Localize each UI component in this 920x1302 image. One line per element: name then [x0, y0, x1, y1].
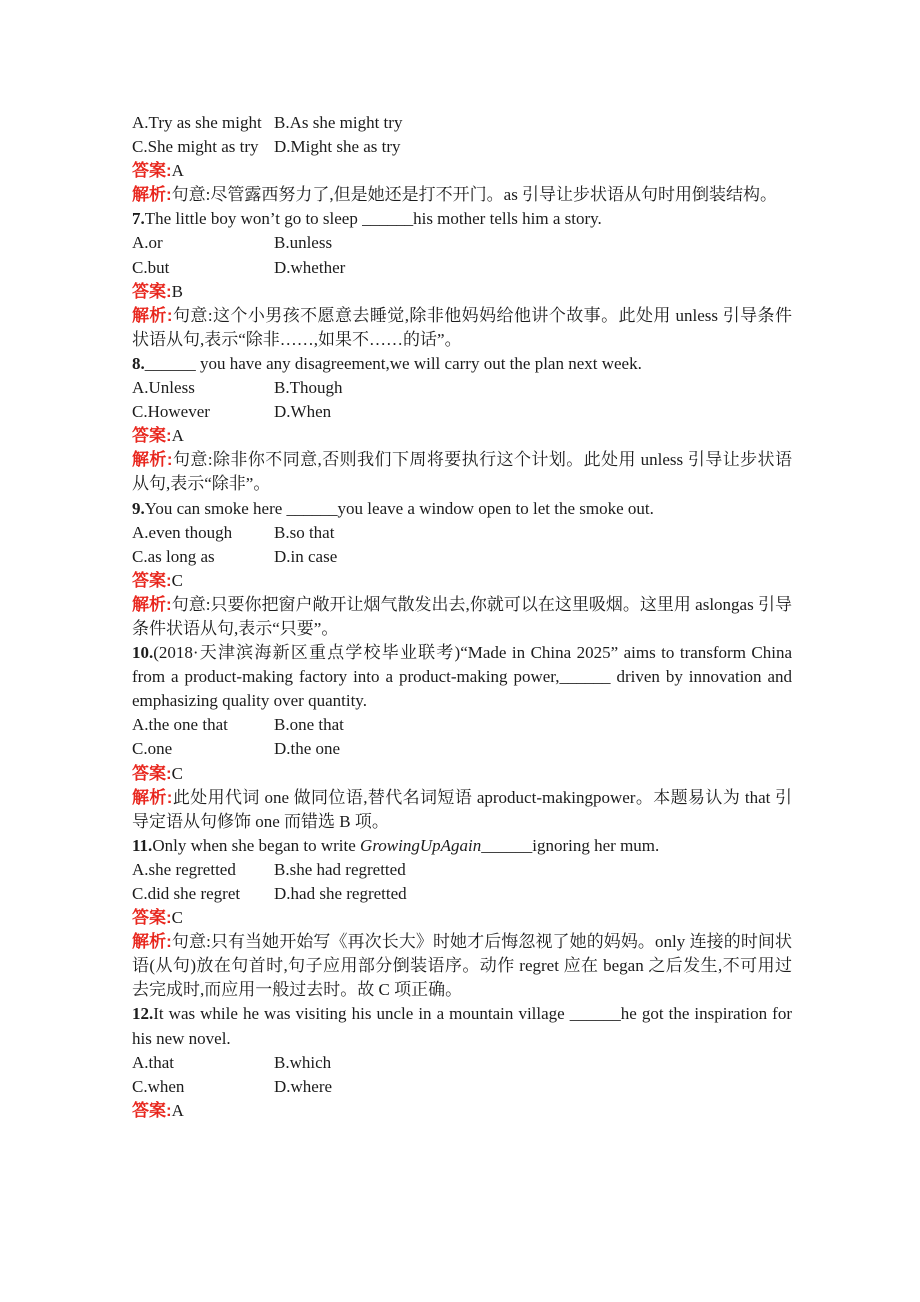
options-row: A.UnlessB.Though — [132, 376, 792, 400]
stem-text: You can smoke here ______you leave a win… — [145, 499, 654, 518]
analysis-text: 此处用代词 one 做同位语,替代名词短语 aproduct-makingpow… — [132, 788, 792, 831]
options-row: C.butD.whether — [132, 256, 792, 280]
analysis-line: 解析:句意:除非你不同意,否则我们下周将要执行这个计划。此处用 unless 引… — [132, 448, 792, 496]
option-c: C.but — [132, 256, 274, 280]
analysis-line: 解析:句意:尽管露西努力了,但是她还是打不开门。as 引导让步状语从句时用倒装结… — [132, 183, 792, 207]
question-stem: 10.(2018·天津滨海新区重点学校毕业联考)“Made in China 2… — [132, 641, 792, 713]
option-d: D.the one — [274, 737, 416, 761]
stem-text: ______ you have any disagreement,we will… — [145, 354, 642, 373]
question-block: 9.You can smoke here ______you leave a w… — [132, 497, 792, 642]
option-c: C.one — [132, 737, 274, 761]
question-block: 7.The little boy won’t go to sleep _____… — [132, 207, 792, 352]
option-a: A.even though — [132, 521, 274, 545]
answer-line: 答案:C — [132, 906, 792, 930]
analysis-label: 解析: — [132, 185, 172, 204]
options-row: C.She might as tryD.Might she as try — [132, 135, 792, 159]
answer-value: A — [172, 161, 184, 180]
stem-text: It was while he was visiting his uncle i… — [132, 1004, 792, 1047]
option-c: C.did she regret — [132, 882, 274, 906]
question-number: 12. — [132, 1004, 153, 1023]
option-a: A.the one that — [132, 713, 274, 737]
answer-value: A — [172, 1101, 184, 1120]
question-block: 11.Only when she began to write GrowingU… — [132, 834, 792, 1003]
option-d: D.When — [274, 400, 416, 424]
answer-label: 答案: — [132, 571, 172, 590]
stem-text: The little boy won’t go to sleep ______h… — [145, 209, 602, 228]
answer-label: 答案: — [132, 764, 172, 783]
options-row: A.thatB.which — [132, 1051, 792, 1075]
option-c: C.when — [132, 1075, 274, 1099]
answer-line: 答案:C — [132, 569, 792, 593]
option-c: C.She might as try — [132, 135, 274, 159]
option-c: C.However — [132, 400, 274, 424]
answer-value: C — [172, 764, 183, 783]
analysis-line: 解析:句意:这个小男孩不愿意去睡觉,除非他妈妈给他讲个故事。此处用 unless… — [132, 304, 792, 352]
option-a: A.she regretted — [132, 858, 274, 882]
analysis-line: 解析:句意:只有当她开始写《再次长大》时她才后悔忽视了她的妈妈。only 连接的… — [132, 930, 792, 1002]
question-block: 8.______ you have any disagreement,we wi… — [132, 352, 792, 497]
option-d: D.whether — [274, 256, 416, 280]
answer-label: 答案: — [132, 282, 172, 301]
question-stem: 9.You can smoke here ______you leave a w… — [132, 497, 792, 521]
answer-value: C — [172, 908, 183, 927]
options-row: A.the one thatB.one that — [132, 713, 792, 737]
options-row: A.she regrettedB.she had regretted — [132, 858, 792, 882]
analysis-label: 解析: — [132, 788, 172, 807]
options-row: C.whenD.where — [132, 1075, 792, 1099]
analysis-label: 解析: — [132, 306, 173, 325]
option-d: D.in case — [274, 545, 416, 569]
question-stem: 7.The little boy won’t go to sleep _____… — [132, 207, 792, 231]
answer-line: 答案:C — [132, 762, 792, 786]
option-a: A.Unless — [132, 376, 274, 400]
worksheet-page: A.Try as she mightB.As she might try C.S… — [132, 111, 792, 1123]
answer-label: 答案: — [132, 908, 172, 927]
options-row: C.did she regretD.had she regretted — [132, 882, 792, 906]
question-number: 10. — [132, 643, 153, 662]
question-number: 7. — [132, 209, 145, 228]
analysis-label: 解析: — [132, 595, 172, 614]
option-c: C.as long as — [132, 545, 274, 569]
analysis-line: 解析:此处用代词 one 做同位语,替代名词短语 aproduct-making… — [132, 786, 792, 834]
answer-label: 答案: — [132, 1101, 172, 1120]
analysis-line: 解析:句意:只要你把窗户敞开让烟气散发出去,你就可以在这里吸烟。这里用 aslo… — [132, 593, 792, 641]
answer-value: B — [172, 282, 183, 301]
answer-line: 答案:B — [132, 280, 792, 304]
question-block: A.Try as she mightB.As she might try C.S… — [132, 111, 792, 207]
option-d: D.had she regretted — [274, 882, 416, 906]
options-row: C.HoweverD.When — [132, 400, 792, 424]
option-a: A.or — [132, 231, 274, 255]
question-number: 9. — [132, 499, 145, 518]
options-row: A.Try as she mightB.As she might try — [132, 111, 792, 135]
question-stem: 8.______ you have any disagreement,we wi… — [132, 352, 792, 376]
answer-line: 答案:A — [132, 159, 792, 183]
answer-label: 答案: — [132, 426, 172, 445]
options-row: A.even thoughB.so that — [132, 521, 792, 545]
option-a: A.Try as she might — [132, 111, 274, 135]
answer-line: 答案:A — [132, 424, 792, 448]
option-b: B.she had regretted — [274, 858, 416, 882]
question-block: 12.It was while he was visiting his uncl… — [132, 1002, 792, 1122]
option-b: B.one that — [274, 713, 416, 737]
answer-value: C — [172, 571, 183, 590]
analysis-text: 句意:只有当她开始写《再次长大》时她才后悔忽视了她的妈妈。only 连接的时间状… — [132, 932, 792, 999]
analysis-text: 句意:尽管露西努力了,但是她还是打不开门。as 引导让步状语从句时用倒装结构。 — [172, 185, 777, 204]
stem-italic-title: GrowingUpAgain — [360, 836, 481, 855]
question-stem: 11.Only when she began to write GrowingU… — [132, 834, 792, 858]
analysis-text: 句意:这个小男孩不愿意去睡觉,除非他妈妈给他讲个故事。此处用 unless 引导… — [132, 306, 792, 349]
option-d: D.Might she as try — [274, 135, 416, 159]
option-b: B.As she might try — [274, 111, 416, 135]
question-number: 8. — [132, 354, 145, 373]
analysis-label: 解析: — [132, 932, 172, 951]
option-b: B.which — [274, 1051, 416, 1075]
answer-line: 答案:A — [132, 1099, 792, 1123]
stem-text: ______ignoring her mum. — [481, 836, 659, 855]
option-d: D.where — [274, 1075, 416, 1099]
options-row: A.orB.unless — [132, 231, 792, 255]
analysis-label: 解析: — [132, 450, 173, 469]
analysis-text: 句意:只要你把窗户敞开让烟气散发出去,你就可以在这里吸烟。这里用 aslonga… — [132, 595, 792, 638]
question-stem: 12.It was while he was visiting his uncl… — [132, 1002, 792, 1050]
question-block: 10.(2018·天津滨海新区重点学校毕业联考)“Made in China 2… — [132, 641, 792, 834]
stem-text: (2018·天津滨海新区重点学校毕业联考)“Made in China 2025… — [132, 643, 792, 710]
option-b: B.Though — [274, 376, 416, 400]
stem-text: Only when she began to write — [152, 836, 360, 855]
options-row: C.as long asD.in case — [132, 545, 792, 569]
options-row: C.oneD.the one — [132, 737, 792, 761]
option-b: B.so that — [274, 521, 416, 545]
question-number: 11. — [132, 836, 152, 855]
option-a: A.that — [132, 1051, 274, 1075]
answer-value: A — [172, 426, 184, 445]
option-b: B.unless — [274, 231, 416, 255]
analysis-text: 句意:除非你不同意,否则我们下周将要执行这个计划。此处用 unless 引导让步… — [132, 450, 792, 493]
answer-label: 答案: — [132, 161, 172, 180]
